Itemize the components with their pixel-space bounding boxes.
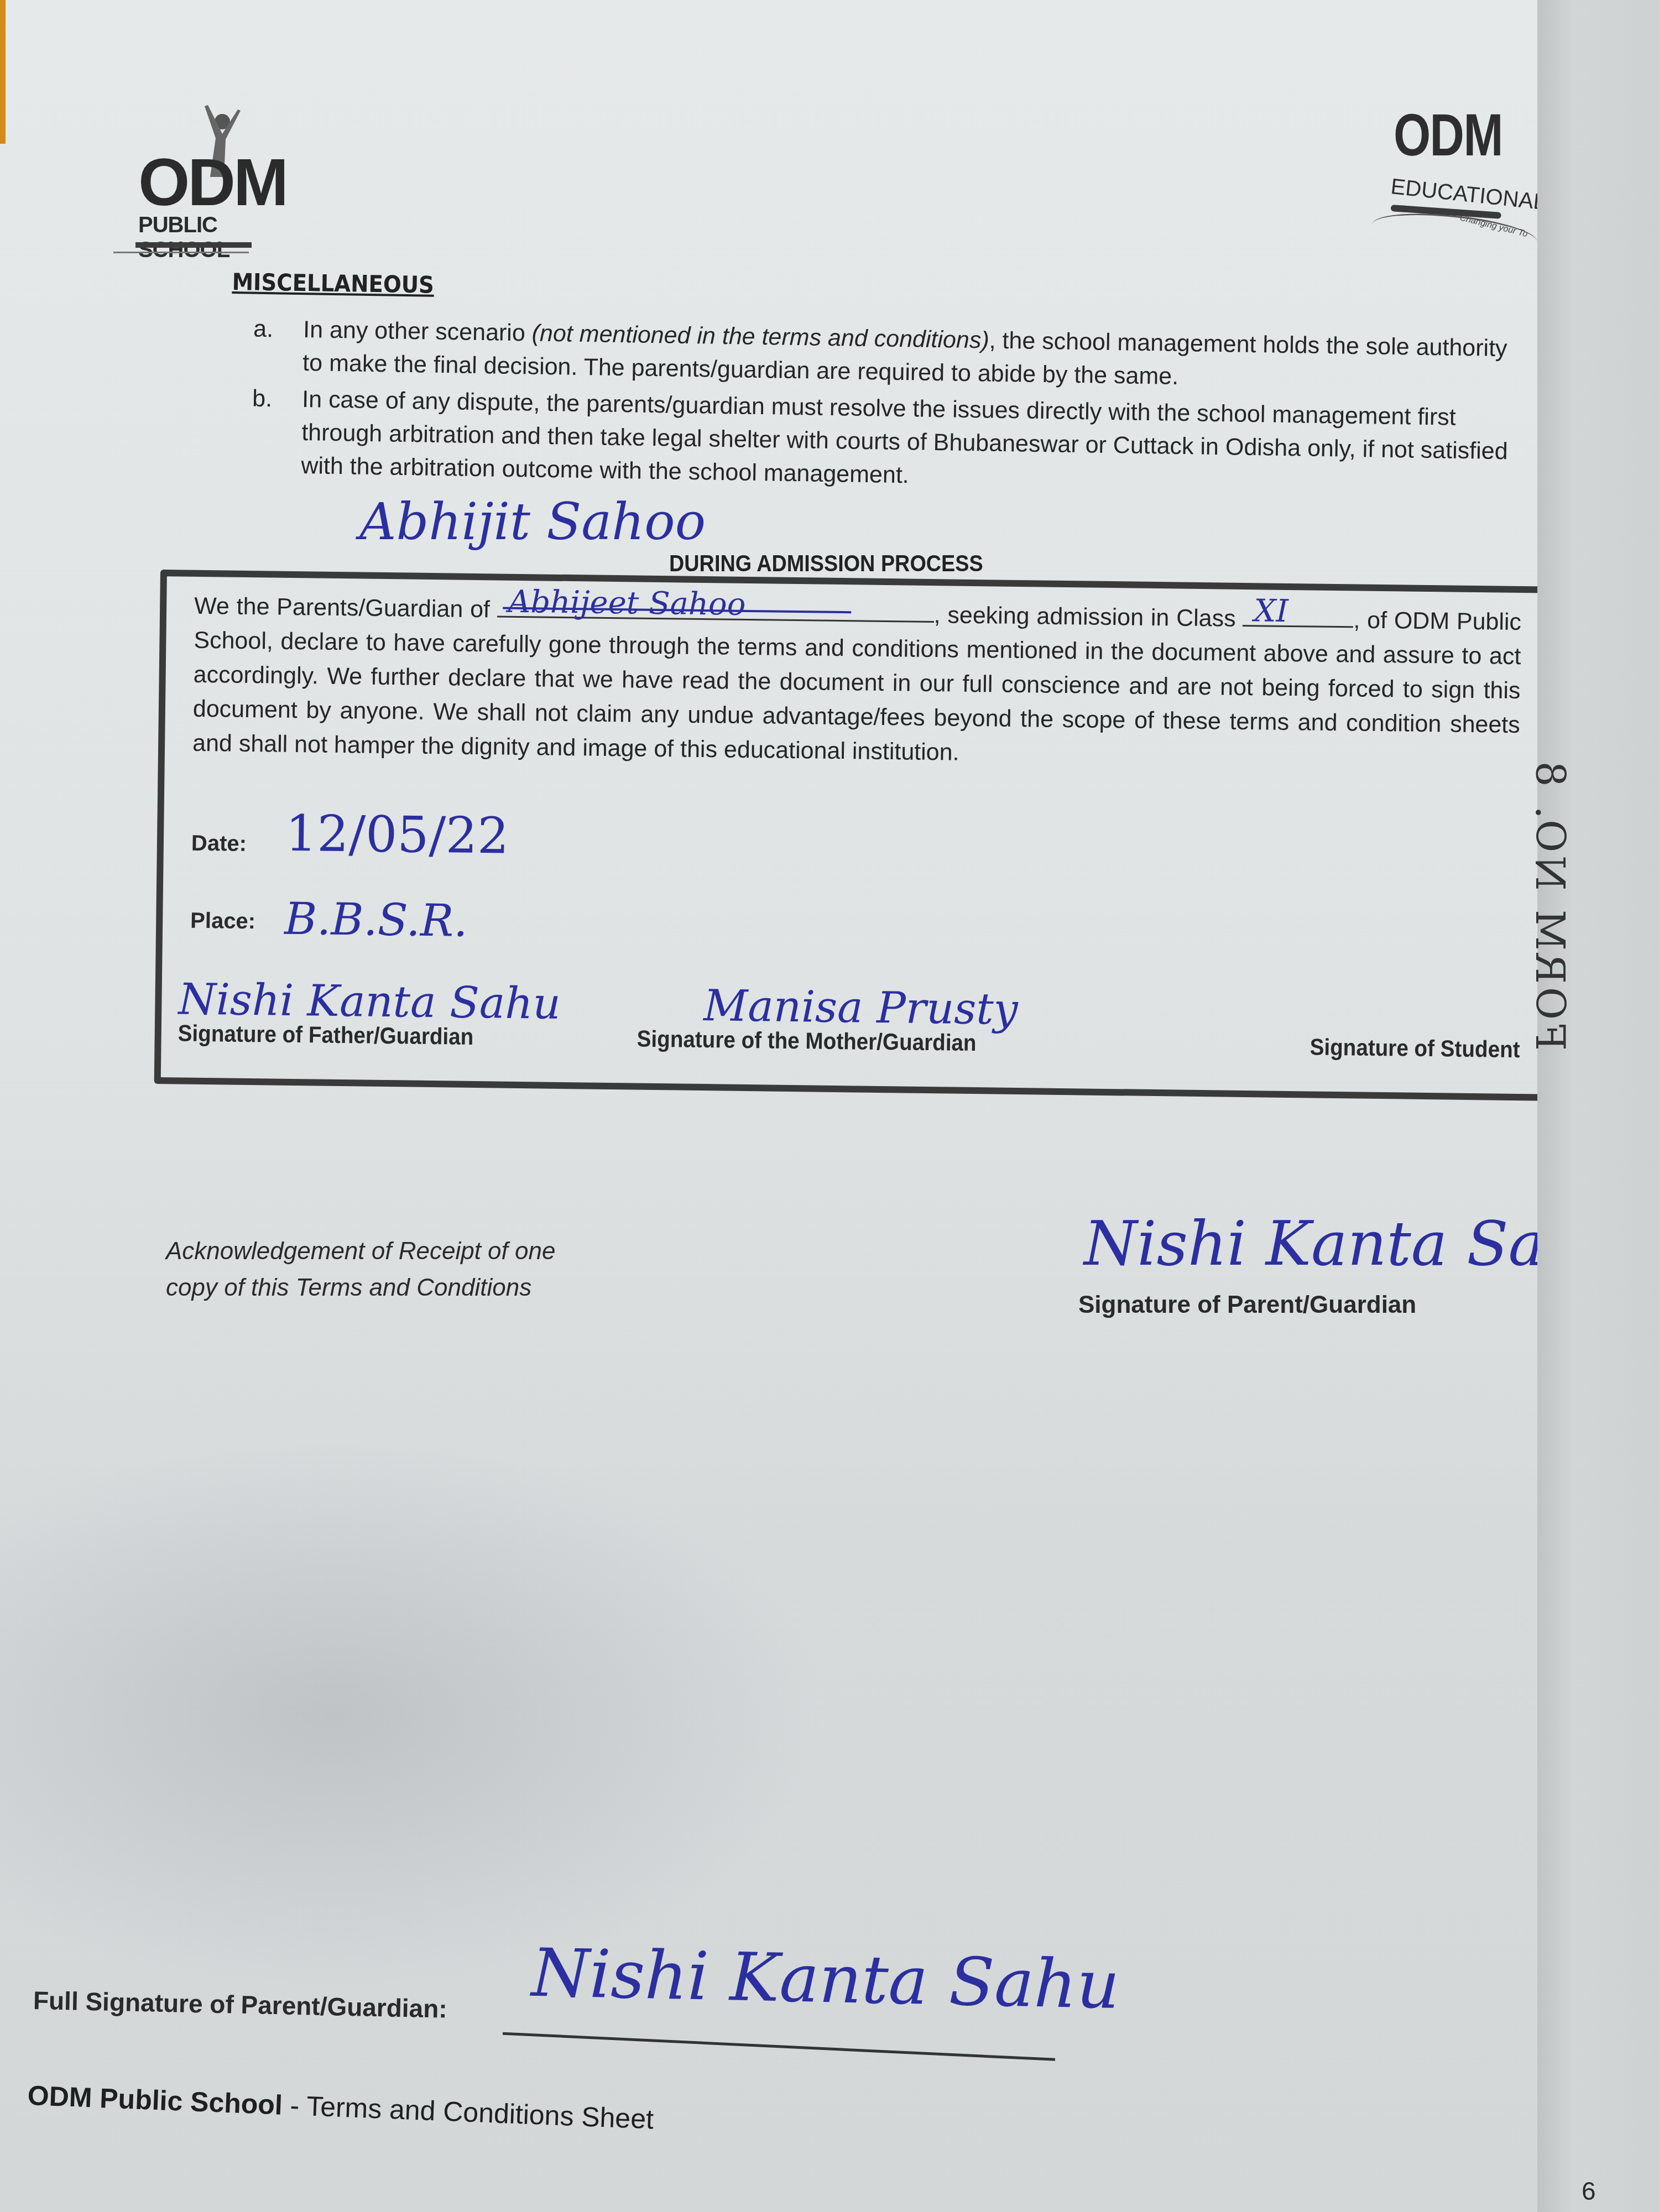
miscellaneous-section: MISCELLANEOUS a. In any other scenario (… xyxy=(229,268,1526,505)
ack-line: Acknowledgement of Receipt of one xyxy=(166,1233,555,1270)
full-signature-field[interactable]: Full Signature of Parent/Guardian: Nishi… xyxy=(33,1985,447,2024)
date-label: Date: xyxy=(191,831,247,856)
class-field[interactable]: XI xyxy=(1243,601,1354,628)
student-signature-label: Signature of Student xyxy=(1310,1034,1520,1063)
signature-line xyxy=(503,2032,1055,2061)
logo-subtitle: PUBLIC SCHOOL xyxy=(138,213,276,263)
date-field[interactable]: Date: 12/05/22 xyxy=(191,831,247,857)
parent-signature-label: Signature of Parent/Guardian xyxy=(1078,1291,1416,1318)
place-value: B.B.S.R. xyxy=(284,893,468,947)
student-name-value: Abhijeet Sahoo xyxy=(508,585,746,622)
page-number: 6 xyxy=(1582,2176,1596,2206)
place-field[interactable]: Place: B.B.S.R. xyxy=(190,909,255,934)
parent-signature-field[interactable]: Nishi Kanta Sahu Signature of Parent/Gua… xyxy=(1078,1291,1416,1319)
item-text: In any other scenario xyxy=(303,316,532,346)
full-signature: Nishi Kanta Sahu xyxy=(531,1935,1120,2024)
signature-row: Nishi Kanta Sahu Signature of Father/Gua… xyxy=(178,1013,1538,1063)
student-signature-field[interactable]: Signature of Student xyxy=(1310,1034,1538,1063)
header-rule xyxy=(113,252,249,253)
student-name-field[interactable]: Abhijeet Sahoo xyxy=(497,591,935,623)
mother-signature-label: Signature of the Mother/Guardian xyxy=(637,1026,977,1056)
footer-title: ODM Public School - Terms and Conditions… xyxy=(27,2079,654,2135)
ack-line: copy of this Terms and Conditions xyxy=(166,1270,555,1306)
list-item: b. In case of any dispute, the parents/g… xyxy=(229,382,1525,502)
class-value: XI xyxy=(1254,594,1288,629)
item-text: In case of any dispute, the parents/guar… xyxy=(301,386,1508,488)
handwritten-name-correction: Abhijit Sahoo xyxy=(359,492,706,551)
footer-school: ODM Public School xyxy=(27,2080,283,2121)
document-page: ODM PUBLIC SCHOOL ODM EDUCATIONAL GR Cha… xyxy=(0,0,1565,2212)
footer-sheet-title: Terms and Conditions Sheet xyxy=(306,2090,654,2135)
logo-mark: ODM xyxy=(138,149,286,216)
adjacent-page-edge xyxy=(1537,0,1659,2212)
father-signature-field[interactable]: Nishi Kanta Sahu Signature of Father/Gua… xyxy=(178,1020,499,1050)
admission-title: DURING ADMISSION PROCESS xyxy=(669,550,983,577)
odm-educational-group-logo: ODM EDUCATIONAL GR Changing your To xyxy=(1383,105,1548,238)
footer-separator: - xyxy=(282,2090,307,2122)
place-label: Place: xyxy=(190,909,255,933)
declaration-prefix: We the Parents/Guardian of xyxy=(194,593,490,623)
date-value: 12/05/22 xyxy=(285,805,509,865)
logo-underline xyxy=(135,242,252,248)
binder-edge xyxy=(0,0,6,144)
list-marker: b. xyxy=(252,382,273,416)
logo-mark: ODM xyxy=(1394,105,1503,165)
mother-signature-field[interactable]: Manisa Prusty Signature of the Mother/Gu… xyxy=(637,1026,1006,1057)
declaration-body: , of ODM Public School, declare to have … xyxy=(192,607,1521,765)
admission-declaration-box: We the Parents/Guardian of Abhijeet Saho… xyxy=(154,570,1554,1101)
adjacent-page-label: FORM NO. 8 xyxy=(1527,758,1573,1051)
misc-list: a. In any other scenario (not mentioned … xyxy=(229,312,1526,502)
father-signature-label: Signature of Father/Guardian xyxy=(178,1020,473,1050)
list-marker: a. xyxy=(253,312,274,346)
item-text-italic: (not mentioned in the terms and conditio… xyxy=(531,320,989,354)
section-title: MISCELLANEOUS xyxy=(232,268,434,299)
declaration-text: We the Parents/Guardian of Abhijeet Saho… xyxy=(192,588,1522,776)
acknowledgement-text: Acknowledgement of Receipt of one copy o… xyxy=(166,1233,555,1306)
full-signature-label: Full Signature of Parent/Guardian: xyxy=(33,1986,447,2023)
declaration-mid: , seeking admission in Class xyxy=(933,602,1235,632)
